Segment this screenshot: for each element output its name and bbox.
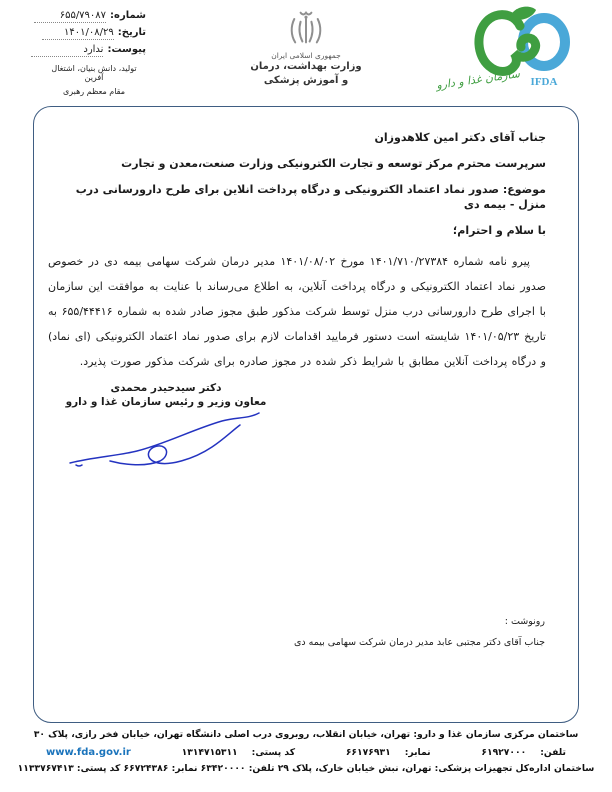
iran-emblem-icon xyxy=(288,8,324,48)
number-value: ۶۵۵/۷۹۰۸۷ xyxy=(34,10,106,23)
footer-postal: کد پستی:۱۳۱۴۷۱۵۳۱۱ xyxy=(182,747,295,758)
cc-label: رونوشت : xyxy=(294,616,545,627)
date-value: ۱۴۰۱/۰۸/۲۹ xyxy=(42,27,114,40)
recipient-title: سرپرست محترم مرکز توسعه و تجارت الکترونی… xyxy=(48,156,546,171)
subject-line: موضوع: صدور نماد اعتماد الکترونیکی و درگ… xyxy=(48,182,546,212)
cc-block: رونوشت : جناب آقای دکتر مجتبی عابد مدیر … xyxy=(294,616,545,648)
slogan-line1: تولید، دانش بنیان، اشتغال آفرین xyxy=(42,64,146,82)
attachment-value: ندارد xyxy=(31,44,103,57)
postal-label: کد پستی: xyxy=(252,747,295,758)
cc-recipient: جناب آقای دکتر مجتبی عابد مدیر درمان شرک… xyxy=(294,637,545,648)
date-label: تاریخ: xyxy=(118,27,146,38)
ifda-logo: IFDA سازمان غذا و دارو xyxy=(440,4,598,96)
phone-value: ۶۱۹۲۷۰۰۰ xyxy=(481,747,526,758)
slogan-line2: مقام معظم رهبری xyxy=(42,87,146,96)
footer-website: www.fda.gov.ir xyxy=(46,747,131,758)
signer-name: دکتر سیدحیدر محمدی xyxy=(58,382,274,394)
letter-page: شماره:۶۵۵/۷۹۰۸۷ تاریخ:۱۴۰۱/۰۸/۲۹ پیوست:ن… xyxy=(0,0,612,792)
meta-number-row: شماره:۶۵۵/۷۹۰۸۷ xyxy=(16,10,146,23)
ifda-abbr-text: IFDA xyxy=(531,76,558,88)
postal-value: ۱۳۱۴۷۱۵۳۱۱ xyxy=(182,747,238,758)
letter-content: جناب آقای دکتر امین کلاهدوزان سرپرست محت… xyxy=(48,130,546,374)
year-slogan: تولید، دانش بنیان، اشتغال آفرین مقام معظ… xyxy=(42,64,146,96)
phone-label: تلفن: xyxy=(540,747,566,758)
meta-date-row: تاریخ:۱۴۰۱/۰۸/۲۹ xyxy=(16,27,146,40)
attachment-label: پیوست: xyxy=(107,44,146,55)
footer-contact-row: تلفن:۶۱۹۲۷۰۰۰ نمابر:۶۶۱۷۶۹۳۱ کد پستی:۱۳۱… xyxy=(0,747,612,758)
recipient-name: جناب آقای دکتر امین کلاهدوزان xyxy=(48,130,546,145)
ministry-name-line2: و آموزش پزشکی xyxy=(216,74,396,88)
footer-address-equipment: ساختمان اداره‌کل تجهیزات پزشکی: تهران، ن… xyxy=(0,762,612,776)
footer-fax: نمابر:۶۶۱۷۶۹۳۱ xyxy=(346,747,431,758)
fax-value: ۶۶۱۷۶۹۳۱ xyxy=(346,747,391,758)
ministry-name-line1: وزارت بهداشت، درمان xyxy=(216,60,396,74)
signature-block: دکتر سیدحیدر محمدی معاون وزیر و رئیس ساز… xyxy=(58,382,274,408)
salutation: با سلام و احترام؛ xyxy=(48,223,546,238)
government-header: جمهوری اسلامی ایران وزارت بهداشت، درمان … xyxy=(216,8,396,88)
footer-address-main: ساختمان مرکزی سازمان غذا و دارو: تهران، … xyxy=(0,728,612,742)
signer-title: معاون وزیر و رئیس سازمان غذا و دارو xyxy=(58,396,274,408)
country-name: جمهوری اسلامی ایران xyxy=(216,51,396,60)
fax-label: نمابر: xyxy=(405,747,431,758)
signature-scribble xyxy=(62,409,267,471)
footer-phone: تلفن:۶۱۹۲۷۰۰۰ xyxy=(481,747,566,758)
number-label: شماره: xyxy=(110,10,146,21)
footer: ساختمان مرکزی سازمان غذا و دارو: تهران، … xyxy=(0,728,612,776)
meta-attachment-row: پیوست:ندارد xyxy=(16,44,146,57)
letter-meta: شماره:۶۵۵/۷۹۰۸۷ تاریخ:۱۴۰۱/۰۸/۲۹ پیوست:ن… xyxy=(16,10,146,101)
letter-body: پیرو نامه شماره ۱۴۰۱/۷۱۰/۲۷۳۸۴ مورخ ۱۴۰۱… xyxy=(48,249,546,374)
